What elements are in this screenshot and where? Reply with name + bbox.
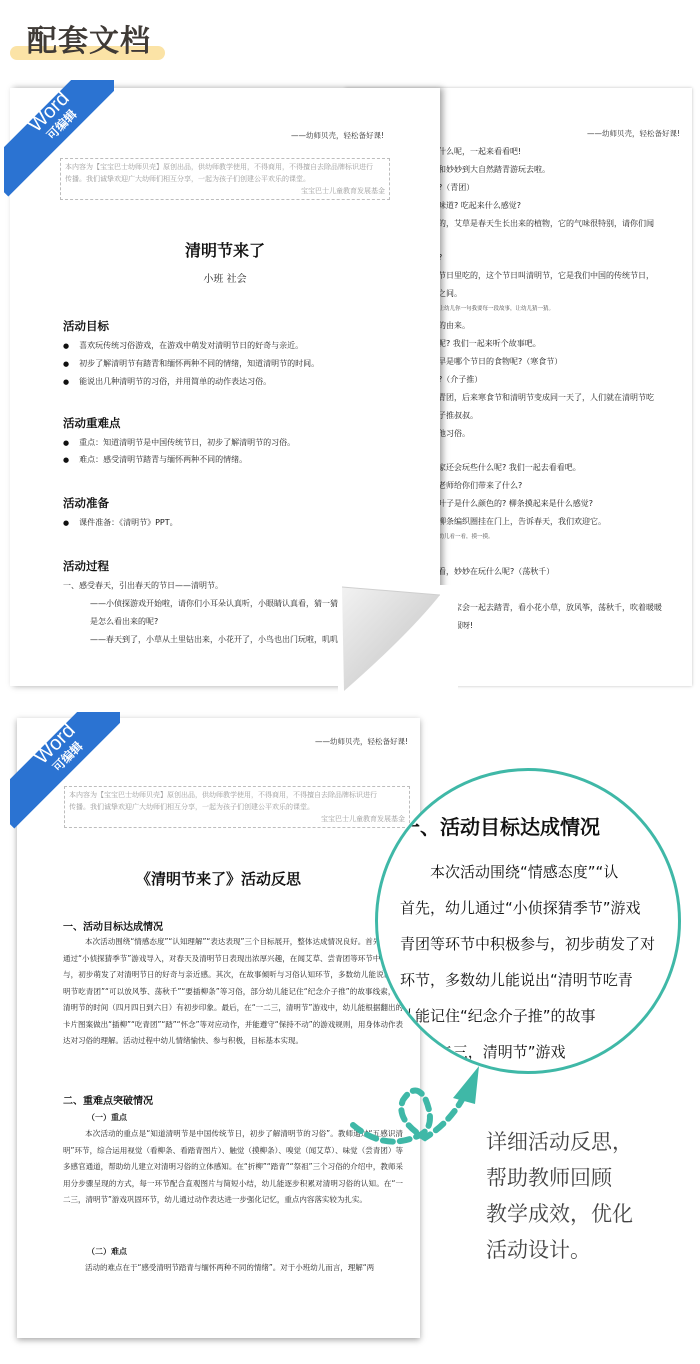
back-page-line: 假的节日里吃的，这个节日叫清明节，它是我们中国的传统节日， xyxy=(422,270,654,281)
magnified-line: 环节，多数幼儿能说出“清明节吃青 xyxy=(400,962,681,998)
process-line: 一、感受春天，引出春天的节日——清明节。 xyxy=(63,580,223,591)
bullet-item: 能说出几种清明节的习俗，并用简单的动作表达习俗。 xyxy=(63,376,271,387)
magnified-heading: 一、活动目标达成情况 xyxy=(400,811,681,840)
magnified-line: 首先，幼儿通过“小侦探猜季节”游戏 xyxy=(400,890,681,926)
back-page-line: ，大家还会玩些什么呢? 我们一起去看看吧。 xyxy=(422,462,581,473)
header-title: 配套文档 xyxy=(27,24,151,60)
word-editable-badge: Word 可编辑 xyxy=(10,712,120,832)
back-page-line: 看，看，妙妙在玩什么呢?（荡秋千） xyxy=(422,566,554,577)
feature-caption: 详细活动反思， 帮助教师回顾 教学成效，优化 活动设计。 xyxy=(486,1124,633,1268)
word-editable-badge: Word 可编辑 xyxy=(4,80,114,200)
bullet-item: 初步了解清明节有踏青和缅怀两种不同的情绪，知道清明节的时间。 xyxy=(63,358,319,369)
back-page-line: 团最早是哪个节日的食物呢?（寒食节） xyxy=(422,356,562,367)
document-title: 清明节来了 xyxy=(10,238,440,261)
bullet-item: 重点：知道清明节是中国传统节日，初步了解清明节的习俗。 xyxy=(63,437,295,448)
section-heading-preparation: 活动准备 xyxy=(63,495,109,511)
section-heading-goal-achievement: 一、活动目标达成情况 xyxy=(63,918,163,933)
page-slogan: ——幼师贝壳，轻松备好课! xyxy=(315,736,408,747)
process-line: ——小侦探游戏开始啦，请你们小耳朵认真听，小眼睛认真看，猜一猜这是畏 xyxy=(90,598,362,609)
document-title: 《清明节来了》活动反思 xyxy=(17,868,420,889)
subheading-key-point: （一）重点 xyxy=(87,1112,127,1123)
paragraph-difficulty: 活动的难点在于“感受清明节踏青与缅怀两种不同的情绪”。对于小班幼儿而言，理解“两 xyxy=(63,1260,403,1277)
back-page-line: 条的叶子是什么颜色的? 柳条摸起来是什么感觉? xyxy=(422,498,593,509)
subheading-difficulty: （二）难点 xyxy=(87,1246,127,1257)
page-curl xyxy=(338,585,458,695)
back-page-line: 做成的，艾草是春天生长出来的植物，它的气味很特别，请你们闻 xyxy=(422,218,654,229)
bullet-item: 难点：感受清明节踏青与缅怀两种不同的情绪。 xyxy=(63,454,247,465)
back-page-line: 把绿柳条编织圈挂在门上，告诉春天，我们欢迎它。 xyxy=(422,516,606,527)
caption-line: 教学成效，优化 xyxy=(486,1196,633,1232)
magnifier-circle: 一、活动目标达成情况 本次活动围绕“情感态度”“认 首先，幼儿通过“小侦探猜季节… xyxy=(375,768,681,1074)
page-slogan: ——幼师贝壳，轻松备好课! xyxy=(291,130,384,141)
back-page-line: 明节，大家会一起去踏青，看小花小草，放风筝，荡秋千，吹着暖暖 xyxy=(422,602,662,613)
section-header: 配套文档 xyxy=(10,24,170,64)
section-heading-process: 活动过程 xyxy=(63,558,109,574)
back-page-line: 只吃青团，后来寒食节和清明节变成同一天了，人们就在清明节吃 xyxy=(422,392,654,403)
document-subtitle: 小班 社会 xyxy=(10,270,440,285)
caption-line: 帮助教师回顾 xyxy=(486,1160,633,1196)
process-line: ——春天到了，小草从土里钻出来，小花开了，小鸟也出门玩啦，叽叽喳喳叫 xyxy=(90,634,362,645)
process-line: 是怎么看出来的呢? xyxy=(90,616,158,627)
back-page-line: 的意思让幼儿你一句我要每一段故事，让幼儿猜一猜。 xyxy=(422,304,554,312)
magnified-line: 本次活动围绕“情感态度”“认 xyxy=(400,854,681,890)
bullet-item: 课件准备：《清明节》PPT。 xyxy=(63,517,178,528)
bullet-item: 喜欢玩传统习俗游戏，在游戏中萌发对清明节日的好奇与亲近。 xyxy=(63,340,303,351)
section-heading-goals: 活动目标 xyxy=(63,318,109,334)
caption-line: 详细活动反思， xyxy=(486,1124,633,1160)
caption-line: 活动设计。 xyxy=(486,1232,633,1268)
back-page-line: 爸爸和妙妙到大自然踏青游玩去啦。 xyxy=(422,164,550,175)
page-slogan: ——幼师贝壳，轻松备好课! xyxy=(587,128,680,139)
magnified-line: 青团等环节中积极参与，初步萌发了对 xyxy=(400,926,681,962)
dashed-arrow-icon xyxy=(345,1040,495,1150)
magnified-line: 儿能记住“纪念介子推”的故事 xyxy=(400,998,681,1034)
section-heading-key-points: 活动重难点 xyxy=(63,415,121,431)
section-heading-key-difficulty: 二、重难点突破情况 xyxy=(63,1092,153,1107)
